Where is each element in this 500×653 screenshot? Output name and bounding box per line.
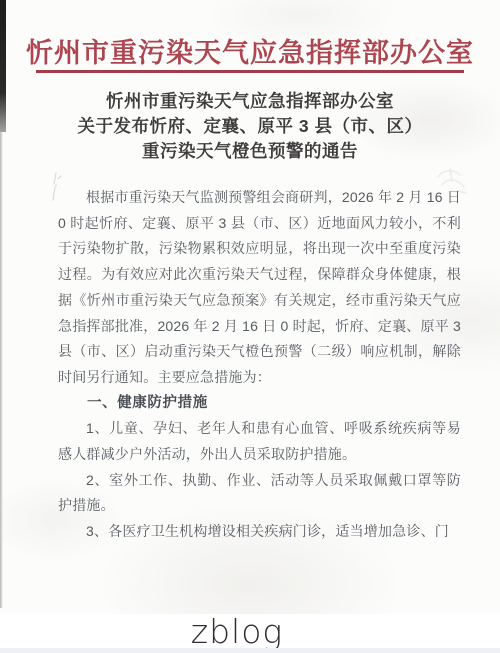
banner-divider-rule [36, 70, 464, 73]
page-bottom-strip [0, 648, 500, 653]
notice-body: 根据市重污染天气监测预警组会商研判，2026 年 2 月 16 日 0 时起忻府… [58, 185, 461, 545]
document-photo-page: 忻州市重污染天气应急指挥部办公室 忻州市重污染天气应急指挥部办公室 关于发布忻府… [0, 0, 500, 653]
zblog-watermark[interactable]: zblog [191, 614, 283, 650]
scanned-notice-photo: 忻州市重污染天气应急指挥部办公室 忻州市重污染天气应急指挥部办公室 关于发布忻府… [0, 0, 500, 614]
measure-item-2: 2、室外工作、执勤、作业、活动等人员采取佩戴口罩等防护措施。 [58, 468, 461, 519]
notice-title: 忻州市重污染天气应急指挥部办公室 关于发布忻府、定襄、原平 3 县（市、区） 重… [0, 89, 500, 164]
agency-banner-title: 忻州市重污染天气应急指挥部办公室 [0, 31, 500, 70]
measure-item-3: 3、各医疗卫生机构增设相关疾病门诊，适当增加急诊、门 [58, 519, 461, 545]
measure-item-1: 1、儿童、孕妇、老年人和患有心血管、呼吸系统疾病等易感人群减少户外活动，外出人员… [58, 416, 461, 467]
section-heading-health-measures: 一、健康防护措施 [58, 391, 461, 417]
photo-edge-artifact-side [0, 132, 3, 608]
notice-title-line-1: 忻州市重污染天气应急指挥部办公室 [0, 89, 500, 114]
notice-title-line-3: 重污染天气橙色预警的通告 [0, 139, 500, 164]
notice-title-line-2: 关于发布忻府、定襄、原平 3 县（市、区） [0, 114, 500, 139]
notice-body-paragraph: 根据市重污染天气监测预警组会商研判，2026 年 2 月 16 日 0 时起忻府… [58, 185, 461, 391]
